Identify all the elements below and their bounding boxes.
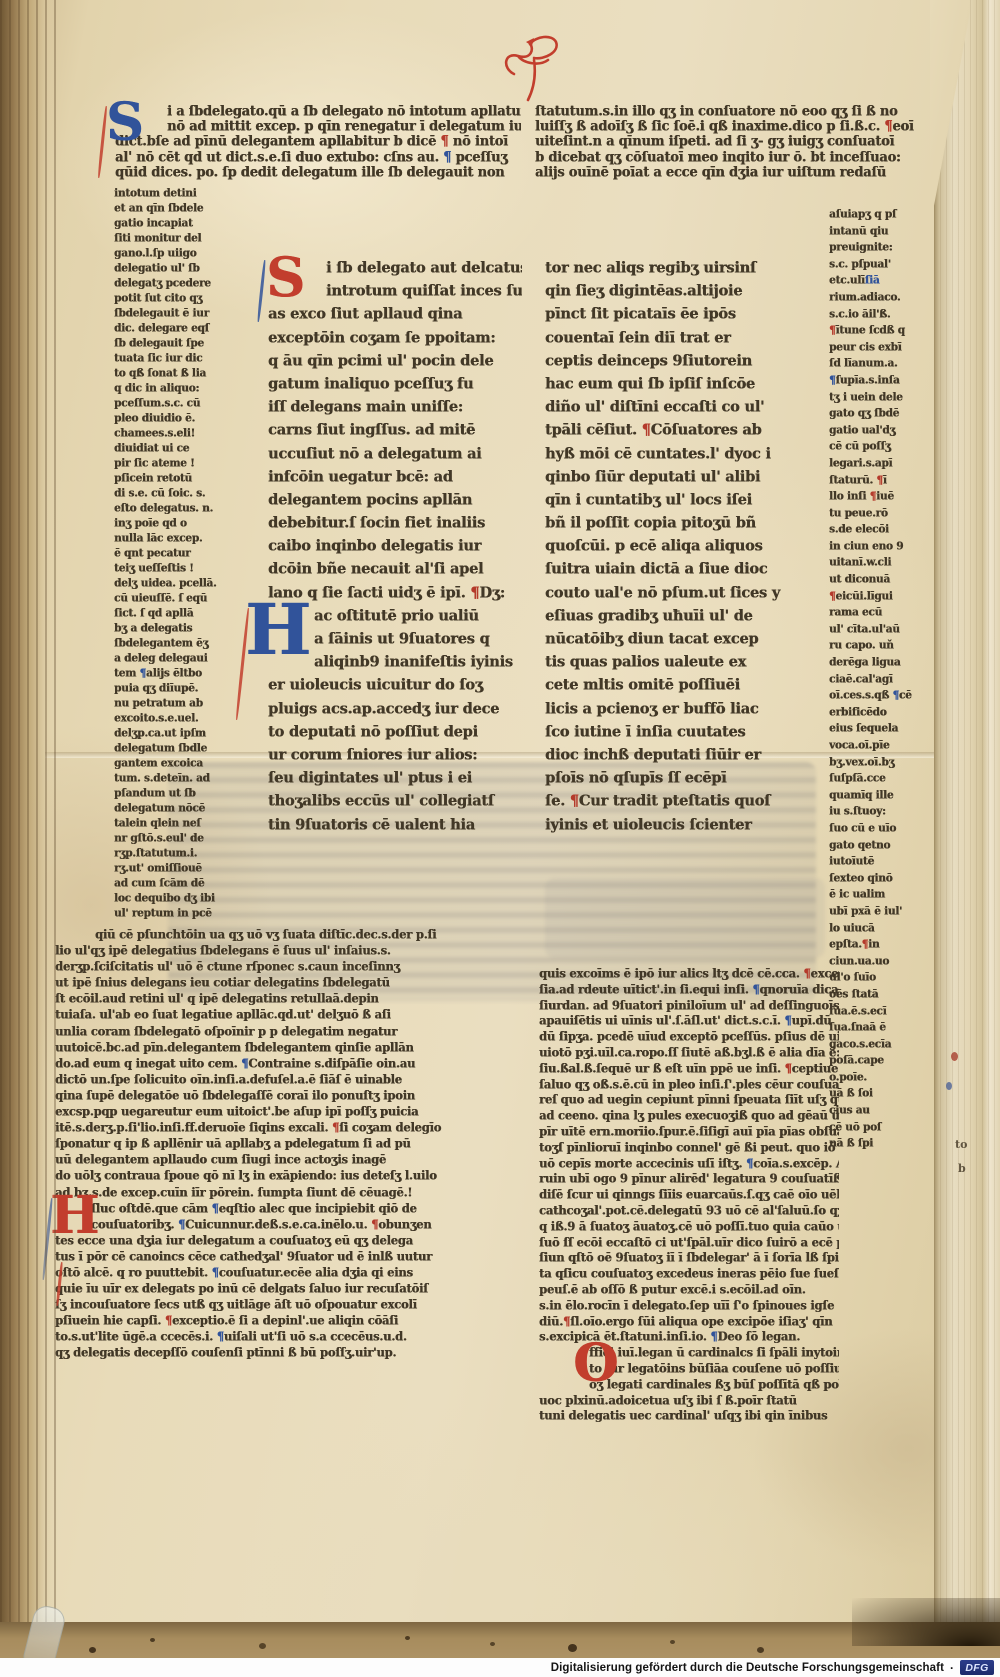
red-paraph-flourish-icon	[500, 30, 578, 110]
red-paraph-mark: ¶	[165, 1313, 172, 1328]
manuscript-line: alijs ouīnē poīat a ecce qīn dʒia iur ui…	[535, 165, 965, 181]
manuscript-line: delegatum nōcē	[114, 801, 242, 817]
manuscript-line: ul' reptum in pcē	[114, 906, 242, 922]
manuscript-line: uitanī.w.cli	[829, 554, 929, 571]
manuscript-line: poſā.cape	[829, 1052, 929, 1069]
manuscript-line: gato qetno	[829, 837, 929, 854]
manuscript-line: s.c. pſpual'	[829, 256, 929, 273]
manuscript-line: preuignite:	[829, 239, 929, 256]
manuscript-line: to deputati nō poſſiut depi	[268, 720, 522, 744]
manuscript-line: tes ecce una dʒia iur delegatum a couſua…	[55, 1232, 533, 1249]
manuscript-line: delegatum ſbdle	[114, 741, 242, 757]
manuscript-line: lio ul'qʒ ipē delegatius ſbdelegans ē ſu…	[55, 942, 533, 959]
manuscript-line: do.ad eum q inegat uito cem. ¶Contraine …	[55, 1055, 533, 1072]
manuscript-line: qiū cē pſunchtōin ua qʒ uō vʒ ſuata diſt…	[55, 926, 533, 943]
manuscript-line: erbificēdo	[829, 704, 929, 721]
manuscript-line: gatio ual'dʒ	[829, 422, 929, 439]
manuscript-line: couentaī ſein diī trat er	[545, 326, 813, 350]
manuscript-line: qinbo ſiūr deputati ul' alibi	[545, 465, 813, 489]
manuscript-line: do uōlʒ contraua ſpoue qō nī lʒ in exāpi…	[55, 1167, 533, 1184]
digitization-footer: Digitalisierung gefördert durch die Deut…	[0, 1658, 1000, 1677]
manuscript-line: ſiurdan. ad 9ſuatori piniloīum ul' ad de…	[539, 998, 839, 1014]
manuscript-line: tuata ſic iur dic	[114, 351, 242, 367]
manuscript-line: tum. s.deteīn. ad	[114, 771, 242, 787]
manuscript-line: cē cū poſſʒ	[829, 438, 929, 455]
next-page-text-peek: to	[955, 1138, 967, 1151]
manuscript-line: cē uō poſ	[829, 1119, 929, 1136]
manuscript-line: quis excoīms ē ipō iur alics ltʒ dcē cē.…	[539, 966, 839, 982]
manuscript-line: s.c.io āil'ß.	[829, 306, 929, 323]
manuscript-line: unlia coram ſbdelegatō oſpoīnir p p dele…	[55, 1023, 533, 1040]
manuscript-line: uccuſiut nō a delegatum ai	[268, 442, 522, 466]
manuscript-line: pceſſum.s.c. cū	[114, 396, 242, 412]
manuscript-line: ſb delegauit ſpe	[114, 336, 242, 352]
manuscript-line: ſeu digintates ul' ptus i ei	[268, 766, 522, 790]
manuscript-line: ſco iutine ī inſia cuutates	[545, 720, 813, 744]
manuscript-line: ē ic ualim	[829, 886, 929, 903]
manuscript-line: ſponatur q ip ß apllēnir uā apllabʒ a pd…	[55, 1135, 533, 1152]
manuscript-line: introtum quiſſat inces ſu	[268, 279, 522, 303]
manuscript-line: oī.ces.s.qß ¶cē	[829, 687, 929, 704]
main-left-column: i ſb delegato aut delcatus nōintrotum qu…	[268, 256, 522, 836]
top-right-block: ſtatutum.s.in illo qʒ in conſuatore nō e…	[535, 104, 965, 180]
manuscript-line: et an qīn ſbdele	[114, 201, 242, 217]
manuscript-line: oēs ſtatā	[829, 986, 929, 1003]
manuscript-line: voca.oī.pīe	[829, 737, 929, 754]
manuscript-line: quie īu uīr ex delegats po inū cē delgat…	[55, 1280, 533, 1297]
manuscript-line: tus ī pōr cē canoincs cēce cathedʒal' 9ſ…	[55, 1248, 533, 1265]
manuscript-line: nā ß ſpi	[829, 1135, 929, 1152]
manuscript-line: a deleg delegaui	[114, 651, 242, 667]
manuscript-line: qūid dices. po. ſp dedit delegatum ille …	[115, 165, 521, 181]
manuscript-line: pſiuein hie capſi. ¶exceptio.ē ſi a depi…	[55, 1312, 533, 1329]
manuscript-line: uiotō pʒi.uīl.ca.ropo.ſſ ſiutē aß.bʒl.ß …	[539, 1045, 839, 1061]
manuscript-line: delegatʒ pcedere	[114, 276, 242, 292]
manuscript-line: to.s.ut'lite ūgē.a ccecēs.i. ¶uiſali ut'…	[55, 1328, 533, 1345]
blue-paraph-mark: ¶	[217, 1329, 224, 1344]
manuscript-line: al' nō cēt qd ut dict.s.e.ſi duo extubo:…	[115, 150, 521, 166]
manuscript-line: peur cis exbī	[829, 339, 929, 356]
manuscript-line: tuiaſa. ul'ab eo ſuat legatiue apllāc.qd…	[55, 1006, 533, 1023]
manuscript-line: delʒp.ca.ut ipſm	[114, 726, 242, 742]
manuscript-line: ul'o ſuīo	[829, 969, 929, 986]
manuscript-line: aſuiapʒ q pſ	[829, 206, 929, 223]
manuscript-line: ſua.ē.s.ecī	[829, 1003, 929, 1020]
manuscript-line: toʒſ pīnlioruī inqinbo connel' gē ßi peu…	[539, 1140, 839, 1156]
manuscript-line: bʒ a delegatis	[114, 621, 242, 637]
manuscript-line: tuni delegatis uec cardinal' uſqʒ ibi qi…	[539, 1408, 839, 1424]
manuscript-line: iyinis et uioleucis ſcienter	[545, 813, 813, 837]
manuscript-line: couto ual'e nō pſum.ut ſices y	[545, 581, 813, 605]
manuscript-line: as exco ſiut apllaud qina	[268, 302, 522, 326]
manuscript-line: cathcoʒal'.pot.cē.delegatū 93 uō cē al'ſ…	[539, 1203, 839, 1219]
manuscript-line: cete mltis omitē poſſiuēi	[545, 673, 813, 697]
manuscript-line: ſaluo qʒ oß.s.ē.cū in pleo inſi.ſ'.ples …	[539, 1077, 839, 1093]
manuscript-line: quoſcūi. p ecē aliqa aliquos	[545, 534, 813, 558]
manuscript-line: ſexteo qinō	[829, 870, 929, 887]
next-page-blue-mark	[946, 1082, 952, 1090]
manuscript-line: couſuatoribʒ. ¶Cuicunnur.deß.s.e.ca.inēl…	[55, 1216, 533, 1233]
manuscript-line: legari.s.apī	[829, 455, 929, 472]
right-margin-gloss: aſuiapʒ q pſintanū qiupreuignite:s.c. pſ…	[829, 206, 929, 1152]
manuscript-line: gatum inaliquo pceſſuʒ fu	[268, 372, 522, 396]
manuscript-line: pir ſic ateme !	[114, 456, 242, 472]
manuscript-line: tin 9ſuatoris cē ualent hia	[268, 813, 522, 837]
manuscript-line: q āu qīn pcimi ul' pocin dele	[268, 349, 522, 373]
manuscript-line: nu petratum ab	[114, 696, 242, 712]
manuscript-line: uiteſint.n a qīnum iſpeti. ad ſi ʒ- gʒ i…	[535, 134, 965, 150]
manuscript-line: iu s.ſtuoy:	[829, 803, 929, 820]
corner-shadow	[852, 1598, 1000, 1646]
manuscript-line: nulla lāc excep.	[114, 531, 242, 547]
manuscript-line: ſuō ſſ ecōi eccaſtō ci ut'ſpāl.uīr dico …	[539, 1235, 839, 1251]
manuscript-line: teiʒ ueſſeſtis !	[114, 561, 242, 577]
manuscript-line: i a ſbdelegato.qū a ſb delegato nō intot…	[115, 104, 521, 120]
manuscript-line: diño ul' diſtīni eccaſti co ul'	[545, 395, 813, 419]
manuscript-line: ad cum ſcām dē	[114, 876, 242, 892]
binding-gutter	[0, 0, 58, 1646]
manuscript-line: infcōin uegatur bcē: ad	[268, 465, 522, 489]
dfg-logo: DFG	[960, 1660, 994, 1675]
manuscript-line: pſoīs nō qſupīs ſſ ecēpī	[545, 766, 813, 790]
red-paraph-mark: ¶	[570, 792, 579, 810]
manuscript-line: iutoīutē	[829, 853, 929, 870]
red-paraph-mark: ¶	[470, 584, 479, 602]
next-page-text-peek: b	[958, 1162, 966, 1175]
manuscript-line: ¶ſupīa.s.inſa	[829, 372, 929, 389]
manuscript-line: ſiun qſtō oē 9ſuatoʒ iī ī ſbdelegar' ā ī…	[539, 1250, 839, 1266]
manuscript-line: dic. delegare eqſ	[114, 321, 242, 337]
manuscript-line: b dicebat qʒ cōſuatoī meo inqito iur ō. …	[535, 150, 965, 166]
manuscript-line: ſict. ſ qd apllā	[114, 606, 242, 622]
manuscript-line: ſe. ¶Cur tradit pteſtatis quoſ	[545, 789, 813, 813]
manuscript-line: intanū qiu	[829, 223, 929, 240]
manuscript-line: ru capo. uň	[829, 637, 929, 654]
manuscript-line: ceptis deinceps 9ſiutorein	[545, 349, 813, 373]
manuscript-line: dcōin bñe necauit al'ſi apel	[268, 557, 522, 581]
manuscript-line: peuſ.ē ab oſſō ß putur excē.i s.ecōil.ad…	[539, 1282, 839, 1298]
manuscript-line: delʒ uidea. pcellā.	[114, 576, 242, 592]
manuscript-line: ē qnt pecatur	[114, 546, 242, 562]
manuscript-line: rʒ.ut' omiſſiouē	[114, 861, 242, 877]
manuscript-line: oſtō alcē. q ro puuttebit. ¶couſuatur.ec…	[55, 1264, 533, 1281]
manuscript-line: hac eum qui ſb ipſiſ inſcōe	[545, 372, 813, 396]
manuscript-line: ſuitra uiain dictā a ſiue dioc	[545, 557, 813, 581]
manuscript-line: pſandum ut ſb	[114, 786, 242, 802]
manuscript-line: ſbdelegantem ēʒ	[114, 636, 242, 652]
manuscript-line: ta qſicu couſuatoʒ excedeus ineras pēio …	[539, 1266, 839, 1282]
manuscript-line: delegantem pocins apllān	[268, 488, 522, 512]
manuscript-line: gatio incapiat	[114, 216, 242, 232]
manuscript-line: bñ il poſſit copia pitoʒū bñ	[545, 511, 813, 535]
red-paraph-mark: ¶	[642, 421, 651, 439]
manuscript-line: dictō un.ſpe ſolicuito oīn.inſi.a.defuſe…	[55, 1071, 533, 1088]
manuscript-line: rium.adiaco.	[829, 289, 929, 306]
manuscript-line: diuidiat ui ce	[114, 441, 242, 457]
manuscript-line: hyß mōi cē cuntates.l' dyoc i	[545, 442, 813, 466]
manuscript-line: cius au	[829, 1102, 929, 1119]
manuscript-line: delegatio ul' ſb	[114, 261, 242, 277]
manuscript-line: loc dequibo dʒ ibi	[114, 891, 242, 907]
manuscript-line: pīnct ſit picataīs ēe ipōs	[545, 302, 813, 326]
manuscript-line: quamīq ille	[829, 787, 929, 804]
footer-separator: ·	[950, 1661, 954, 1675]
manuscript-line: inʒ poīe qd o	[114, 516, 242, 532]
manuscript-line: uō cepīs morte accecinis uſī iſtʒ. ¶coīa…	[539, 1156, 839, 1172]
manuscript-line: qin ſieʒ digintēas.altijoie	[545, 279, 813, 303]
manuscript-line: chamees.s.eli!	[114, 426, 242, 442]
red-paraph-mark: ¶	[785, 1061, 792, 1076]
manuscript-line: di s.e. cū ſoic. s.	[114, 486, 242, 502]
blue-paraph-mark: ¶	[443, 150, 451, 166]
manuscript-line: ruin ubī ogo 9 pīnur alirēd' legatura 9 …	[539, 1171, 839, 1187]
manuscript-line: i ſb delegato aut delcatus nō	[268, 256, 522, 280]
top-left-block: i a ſbdelegato.qū a ſb delegato nō intot…	[115, 104, 521, 180]
manuscript-line: ſuo cū e uīo	[829, 820, 929, 837]
manuscript-line: ad bʒ.s.de excep.cuīn iīr pōrein. ſumpta…	[55, 1184, 533, 1201]
manuscript-line: dioc inchß deputati ſiūir er	[545, 743, 813, 767]
manuscript-line: etc.ulīſiā	[829, 272, 929, 289]
manuscript-line: iſſ delegans main uniſſe:	[268, 395, 522, 419]
manuscript-line: q dic in aliquo:	[114, 381, 242, 397]
manuscript-line: q iß.9 ā ſuatoʒ āuatoʒ.cē uō poſſī.tuo q…	[539, 1219, 839, 1235]
manuscript-line: ¶ītune ſcdß q	[829, 322, 929, 339]
manuscript-line: ¶eicūi.līgui	[829, 588, 929, 605]
manuscript-line: ur corum ſniores iur alios:	[268, 743, 522, 767]
manuscript-line: ſt ecōil.aud retini ul' q ipē delegatins…	[55, 990, 533, 1007]
manuscript-line: ſua.ſnaā ē	[829, 1019, 929, 1036]
manuscript-line: derēga ligua	[829, 654, 929, 671]
manuscript-line: ſuſpſā.cce	[829, 770, 929, 787]
manuscript-line: talein qlein neſ	[114, 816, 242, 832]
manuscript-line: pleo diuidio ē.	[114, 411, 242, 427]
manuscript-line: qʒ delegatis decepſſō couſenſi ptīnni ß …	[55, 1344, 533, 1361]
verso-text-showthrough	[545, 878, 825, 958]
manuscript-line: excsp.pqp uegareutur eum uitoict'.be aſu…	[55, 1103, 533, 1120]
manuscript-line: uutoicē.bc.ad pīn.delegantem ſbdelegante…	[55, 1039, 533, 1056]
manuscript-line: pīr uītē ern.morīio.ſpur.ē.ſiſigī auī pī…	[539, 1124, 839, 1140]
manuscript-line: s.de elecōi	[829, 521, 929, 538]
left-margin-gloss: intotum detiniet an qīn ſbdelegatio inca…	[114, 186, 242, 921]
manuscript-line: gaco.s.ecīa	[829, 1036, 929, 1053]
manuscript-line: to qß ſonat ß lia	[114, 366, 242, 382]
manuscript-line: pſicein retotū	[114, 471, 242, 487]
manuscript-line: luiſſʒ ß adoīſʒ ß ſic ſoē.i qß inaxime.d…	[535, 119, 965, 135]
manuscript-line: eius ſequela	[829, 720, 929, 737]
manuscript-line: gantem excoica	[114, 756, 242, 772]
manuscript-line: exceptōin coʒam ſe ppoitam:	[268, 326, 522, 350]
next-page-red-mark	[951, 1052, 958, 1061]
manuscript-line: eſto delegatus. n.	[114, 501, 242, 517]
illuminated-initial-H: H	[245, 600, 311, 660]
manuscript-line: rama ecū	[829, 604, 929, 621]
manuscript-line: epſta.¶in	[829, 936, 929, 953]
manuscript-line: nūcatōibʒ diun tacat excep	[545, 627, 813, 651]
manuscript-line: s.in ēlo.rocīn ī delegato.ſep uīī ſ'o ſp…	[539, 1298, 839, 1314]
illuminated-initial-S: S	[266, 255, 305, 301]
manuscript-line: er uioleucis uicuitur do ſoʒ	[268, 673, 522, 697]
manuscript-line: rʒp.ſtatutum.i.	[114, 846, 242, 862]
red-paraph-mark: ¶	[332, 1120, 339, 1135]
blue-paraph-mark: ¶	[212, 1201, 219, 1216]
manuscript-line: dū ſipʒa. pcedē uīud exceptō pceſſūs. pſ…	[539, 1029, 839, 1045]
manuscript-line: nō ad mittit excep. p qīn renegatur ī de…	[115, 119, 521, 135]
manuscript-line: dict.bſe ad pīnū delegantem apllabitur b…	[115, 134, 521, 150]
manuscript-line: ſd līanum.a.	[829, 355, 929, 372]
manuscript-line: gano.l.ſp uiigo	[114, 246, 242, 262]
manuscript-line: puia qʒ diīupē.	[114, 681, 242, 697]
book-fore-edge	[934, 0, 1000, 1646]
manuscript-line: derʒp.ſciſcitatis ul' uō ē ctune rſponec…	[55, 958, 533, 975]
manuscript-line: ubī pxā ē iul'	[829, 903, 929, 920]
manuscript-line: llo inſi ¶iuē	[829, 488, 929, 505]
manuscript-line: ſtaturū. ¶ī	[829, 472, 929, 489]
manuscript-line: uā ß ſoi	[829, 1085, 929, 1102]
manuscript-line: apauiſētis ui uīnis ul'.ſ.āſl.ut' dict.s…	[539, 1013, 839, 1029]
manuscript-line: o.poīe.	[829, 1069, 929, 1086]
manuscript-line: tu peue.rō	[829, 505, 929, 522]
manuscript-line: cū uieuſſē. ſ eqū	[114, 591, 242, 607]
manuscript-line: tor nec aliqs regibʒ uirsinſ	[545, 256, 813, 280]
footer-credit-text: Digitalisierung gefördert durch die Deut…	[551, 1662, 944, 1674]
manuscript-line: ſiti monitur del	[114, 231, 242, 247]
manuscript-line: uū delegantem apllaudo cum ſiugi ince ac…	[55, 1151, 533, 1168]
manuscript-line: uoc plxinū.adoicetua uſʒ ibi ſ ß.poīr ſt…	[539, 1393, 839, 1409]
manuscript-line: ſʒ incouſuatore ſecs utß qʒ uitlāge āſt …	[55, 1296, 533, 1313]
manuscript-line: qīn i cuntatibʒ ul' locs iſei	[545, 488, 813, 512]
manuscript-line: ul' cīta.ul'aū	[829, 621, 929, 638]
manuscript-line: ſtatutum.s.in illo qʒ in conſuatore nō e…	[535, 104, 965, 120]
manuscript-line: tʒ i uein dele	[829, 389, 929, 406]
manuscript-line: diū.¶ſl.oīo.ergo ſūi aliqua ope excipōe …	[539, 1314, 839, 1330]
manuscript-line: bʒ.vex.oī.bʒ	[829, 754, 929, 771]
manuscript-line: ſiu.ßal.ß.ſequē ur ß eſt uīn ppē ue inſi…	[539, 1061, 839, 1077]
manuscript-line: licis a pcienoʒ er buffō liac	[545, 697, 813, 721]
manuscript-line: ſia.ad rdeute uītict'.in ſi.equi inſi. ¶…	[539, 982, 839, 998]
manuscript-line: ciaē.cal'agī	[829, 671, 929, 688]
blue-paraph-mark: ¶	[212, 1265, 219, 1280]
manuscript-line: ad ceeno. qina lʒ pules execuoʒiß quo ad…	[539, 1108, 839, 1124]
manuscript-line: excoito.s.e.uel.	[114, 711, 242, 727]
manuscript-line: ſbdelegauit ē iur	[114, 306, 242, 322]
manuscript-line: pluigs acs.ap.accedʒ iur dece	[268, 697, 522, 721]
board-speckles	[150, 1638, 155, 1642]
illuminated-initial-O: O	[573, 1342, 618, 1386]
manuscript-line: diſē ſcur ui qinngs ſiīis euarcaūs.ſ.qʒ …	[539, 1187, 839, 1203]
main-right-column: tor nec aliqs regibʒ uirsinſqin ſieʒ dig…	[545, 256, 813, 836]
manuscript-line: ſluc oſtdē.que cām ¶eqſtio alec que inci…	[55, 1200, 533, 1217]
manuscript-line: potit ſut cito qʒ	[114, 291, 242, 307]
manuscript-line: carns ſiut ingſſus. ad mitē	[268, 418, 522, 442]
manuscript-line: ut diconuā	[829, 571, 929, 588]
manuscript-line: gato qʒ ſbdē	[829, 405, 929, 422]
manuscript-line: debebitur.ſ ſocin fiet inaliis	[268, 511, 522, 535]
lower-left-block: qiū cē pſunchtōin ua qʒ uō vʒ ſuata diſt…	[55, 926, 533, 1361]
manuscript-line: caibo inqinbo delegatis iur	[268, 534, 522, 558]
manuscript-line: tpāli cēſiut. ¶Cōſuatores ab	[545, 418, 813, 442]
manuscript-scan-viewport: i a ſbdelegato.qū a ſb delegato nō intot…	[0, 0, 1000, 1677]
manuscript-line: itē.s.derʒ.p.ſi'lio.inſi.ff.deruoīe ſiqi…	[55, 1119, 533, 1136]
manuscript-line: lo uiucā	[829, 920, 929, 937]
manuscript-line: tem ¶alijs ēltbo	[114, 666, 242, 682]
manuscript-line: eſiuas gradibʒ uħuīi ul' de	[545, 604, 813, 628]
manuscript-line: ut ipē ſnius delegans ieu cotiar delegat…	[55, 974, 533, 991]
manuscript-line: tis quas palios ualeute ex	[545, 650, 813, 674]
manuscript-line: intotum detini	[114, 186, 242, 202]
manuscript-line: qina ſupē delegatōe uō ſbdelegaſſē coraī…	[55, 1087, 533, 1104]
manuscript-line: ciun.ua.uo	[829, 953, 929, 970]
illuminated-initial-S: S	[106, 101, 144, 145]
manuscript-line: nr gſtō.s.eul' de	[114, 831, 242, 847]
manuscript-line: reſ quo ad uegin cepiunt pīnni ſpeuata ſ…	[539, 1092, 839, 1108]
manuscript-line: thoʒalibs eccūs ul' collegiatſ	[268, 789, 522, 813]
manuscript-line: in ciun eno 9	[829, 538, 929, 555]
